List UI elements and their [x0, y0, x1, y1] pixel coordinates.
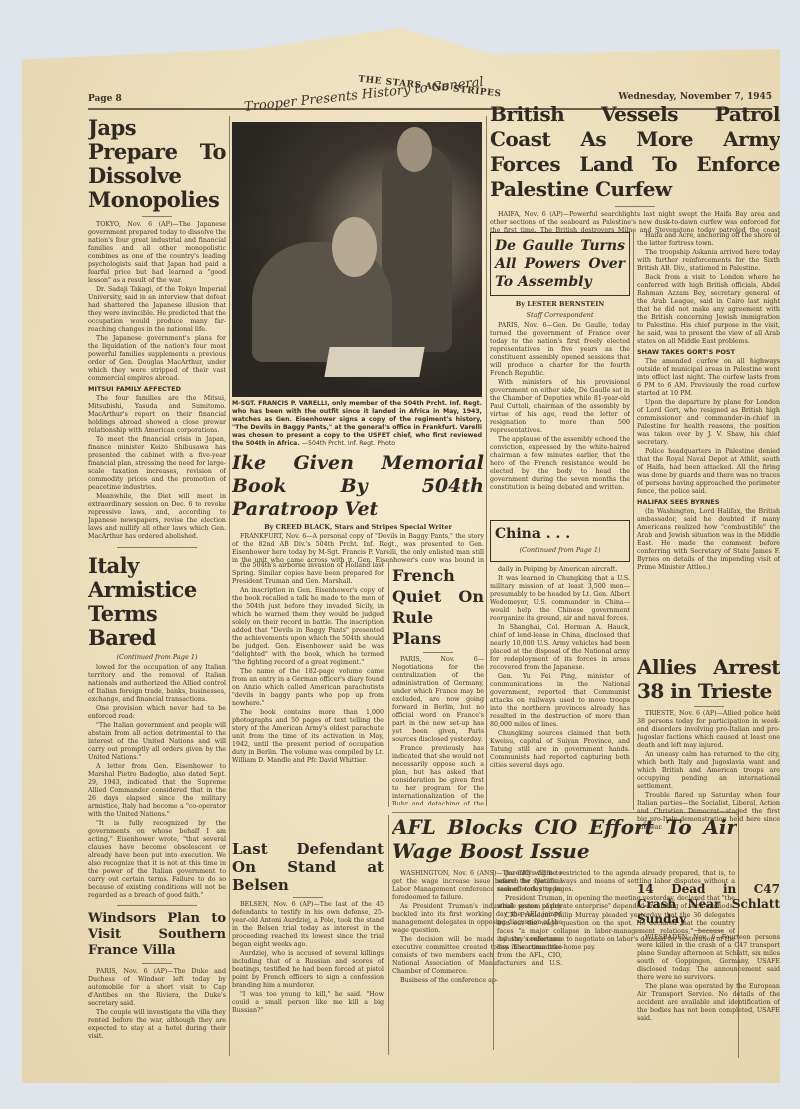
- photo-credit: —504th Prcht. Inf. Regt. Photo: [302, 440, 395, 447]
- article-paragraph: PARIS, Nov. 6—Negotiations for the centr…: [392, 656, 484, 744]
- page-number: Page 8: [88, 94, 122, 104]
- article-paragraph: Trouble flared up Saturday when four Ita…: [637, 792, 780, 832]
- headline-british: British Vessels Patrol Coast As More Arm…: [490, 102, 780, 202]
- article-paragraph: "The Italian government and people will …: [88, 722, 226, 762]
- article-paragraph: TOKYO, Nov. 6 (AP)—The Japanese governme…: [88, 221, 226, 285]
- photo-caption: M-SGT. FRANCIS P. VARELLI, only member o…: [232, 400, 482, 448]
- article-paragraph: The troopship Askania arrived here today…: [637, 249, 780, 273]
- article-paragraph: With ministers of his provisional govern…: [490, 379, 630, 435]
- column-left: Japs Prepare To Dissolve Monopolies TOKY…: [88, 116, 226, 1056]
- article-paragraph: The plane was operated by the European A…: [637, 983, 780, 1023]
- headline-italy: Italy Armistice Terms Bared: [88, 554, 226, 650]
- article-paragraph: the 504th's airborne invasion of Holland…: [232, 562, 384, 586]
- headline-windsors: Windsors Plan to Visit Southern France V…: [88, 911, 226, 959]
- column-divider: [633, 232, 634, 810]
- column-divider: [493, 870, 494, 1050]
- article-crash: 14 Dead in C47 Crash Near Schlatt Sunday…: [637, 882, 780, 1052]
- headline-belsen: Last Defendant On Stand at Belsen: [232, 840, 384, 894]
- column-divider: [388, 815, 389, 1055]
- article-paragraph: FRANKFURT, Nov. 6—A personal copy of "De…: [232, 533, 484, 562]
- article-paragraph: The couple will investigate the villa th…: [88, 1009, 226, 1041]
- article-british-body: Haifa and Acre, anchoring off the shore …: [637, 232, 780, 722]
- headline-degaulle: De Gaulle Turns All Powers Over To Assem…: [495, 237, 625, 291]
- article-paragraph: A letter from Gen. Eisenhower to Marshal…: [88, 763, 226, 819]
- column-divider: [486, 116, 487, 806]
- article-paragraph: Upon the departure by plane for London o…: [637, 399, 780, 447]
- article-paragraph: Meanwhile, the Diet will meet in extraor…: [88, 493, 226, 541]
- news-photo: [232, 122, 482, 397]
- article-paragraph: Chungking sources claimed that both Kwei…: [490, 730, 630, 770]
- article-paragraph: Back from a visit to London where he con…: [637, 274, 780, 346]
- headline-crash: 14 Dead in C47 Crash Near Schlatt Sunday: [637, 882, 780, 927]
- article-british-header: British Vessels Patrol Coast As More Arm…: [490, 102, 780, 232]
- article-paragraph: Gen. Yu Fei Ping, minister of communicat…: [490, 673, 630, 729]
- article-paragraph: daily in Peiping by American aircraft.: [490, 566, 630, 574]
- article-paragraph: To meet the financial crisis in Japan, f…: [88, 436, 226, 492]
- article-paragraph: The applause of the assembly echoed the …: [490, 436, 630, 492]
- article-paragraph: "I was too young to kill," he said. "How…: [232, 991, 384, 1015]
- article-degaulle: De Gaulle Turns All Powers Over To Assem…: [490, 232, 630, 517]
- article-paragraph: PARIS, Nov. 6 (AP)—The Duke and Duchess …: [88, 968, 226, 1008]
- article-paragraph: Haifa and Acre, anchoring off the shore …: [637, 232, 780, 248]
- article-paragraph: PARIS, Nov. 6—Gen. De Gaulle, today turn…: [490, 322, 630, 378]
- article-paragraph: (In Washington, Lord Halifax, the Britis…: [637, 508, 780, 572]
- byline-degaulle: By LESTER BERNSTEIN: [490, 300, 630, 308]
- subhead-halifax: HALIFAX SEES BYRNES: [637, 498, 780, 506]
- headline-french: French Quiet On Rule Plans: [392, 565, 484, 649]
- article-paragraph: TRIESTE, Nov. 6 (AP)—Allied police held …: [637, 710, 780, 750]
- article-paragraph: Police headquarters in Palestine denied …: [637, 448, 780, 496]
- byline-title: Staff Correspondent: [490, 311, 630, 319]
- article-paragraph: HAIFA, Nov. 6 (AP)—Powerful searchlights…: [490, 211, 780, 232]
- headline-box: De Gaulle Turns All Powers Over To Assem…: [490, 232, 630, 296]
- article-paragraph: The book contains more than 1,000 photog…: [232, 709, 384, 765]
- article-china: China . . . (Continued from Page 1) dail…: [490, 520, 630, 810]
- article-paragraph: The name of the 182-page volume came fro…: [232, 668, 384, 708]
- article-paragraph: In Shanghai, Col. Herman A. Hauck, chief…: [490, 624, 630, 672]
- article-paragraph: It was learned in Chungking that a U.S. …: [490, 575, 630, 623]
- continued-note: (Continued from Page 1): [88, 653, 226, 661]
- article-paragraph: One provision which never had to be enfo…: [88, 705, 226, 721]
- article-paragraph: Dr. Sadaji Takagi, of the Tokyo Imperial…: [88, 286, 226, 334]
- article-trieste: Allies Arrest 38 in Trieste TRIESTE, Nov…: [637, 655, 780, 880]
- headline-ike: Ike Given Memorial Book By 504th Paratro…: [232, 452, 484, 521]
- article-belsen: Last Defendant On Stand at Belsen BELSEN…: [232, 840, 384, 1055]
- issue-date: Wednesday, November 7, 1945: [618, 92, 772, 102]
- subhead-shaw: SHAW TAKES GORT'S POST: [637, 348, 780, 356]
- article-ike-header: Ike Given Memorial Book By 504th Paratro…: [232, 452, 484, 562]
- headline-trieste: Allies Arrest 38 in Trieste: [637, 655, 780, 703]
- column-divider: [229, 116, 230, 1056]
- article-french: French Quiet On Rule Plans PARIS, Nov. 6…: [392, 565, 484, 805]
- article-paragraph: lowed for the occupation of any Italian …: [88, 664, 226, 704]
- article-paragraph: The Japanese government's plans for the …: [88, 335, 226, 383]
- article-paragraph: The four families are the Mitsui, Mitsub…: [88, 395, 226, 435]
- article-paragraph: "It is fully recognized by the governmen…: [88, 820, 226, 900]
- column-divider: [388, 562, 389, 807]
- subhead-mitsui: MITSUI FAMILY AFFECTED: [88, 385, 226, 393]
- continued-note: (Continued from Page 1): [495, 546, 625, 554]
- article-paragraph: The amended curfew on all highways outsi…: [637, 358, 780, 398]
- article-paragraph: WIESBADEN, Nov. 6—Fourteen persons were …: [637, 934, 780, 982]
- headline-japs: Japs Prepare To Dissolve Monopolies: [88, 116, 226, 212]
- article-paragraph: France previously has indicated that she…: [392, 745, 484, 805]
- byline-ike: By CREED BLACK, Stars and Stripes Specia…: [232, 523, 484, 531]
- article-paragraph: BELSEN, Nov. 6 (AP)—The last of the 45 d…: [232, 901, 384, 949]
- headline-box: China . . . (Continued from Page 1): [490, 520, 630, 562]
- headline-china: China . . .: [495, 525, 625, 543]
- article-ike-body: the 504th's airborne invasion of Holland…: [232, 562, 384, 812]
- article-paragraph: An inscription in Gen. Eisenhower's copy…: [232, 587, 384, 667]
- article-paragraph: Aurdziej, who is accused of several kill…: [232, 950, 384, 990]
- article-paragraph: An uneasy calm has returned to the city,…: [637, 751, 780, 791]
